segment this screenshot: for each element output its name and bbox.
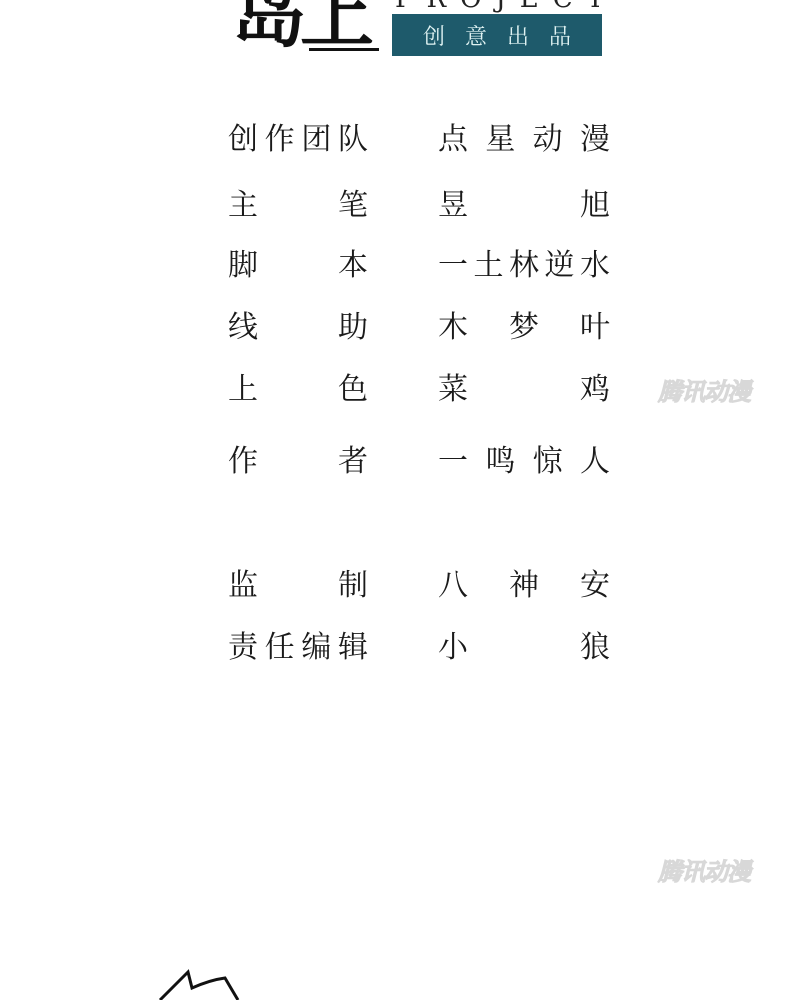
name-char: 一	[438, 442, 468, 482]
credit-name: 点星动漫	[438, 120, 610, 160]
credit-role: 监制	[228, 566, 368, 606]
name-char: 安	[580, 566, 610, 606]
credit-role: 上色	[228, 370, 368, 410]
role-char: 创	[228, 120, 258, 160]
name-char: 旭	[580, 186, 610, 226]
credit-row: 作者 一鸣惊人	[228, 442, 618, 482]
role-char: 上	[228, 370, 258, 410]
name-char: 梦	[509, 308, 539, 348]
credit-role: 脚本	[228, 246, 368, 286]
role-char: 队	[338, 120, 368, 160]
role-char: 脚	[228, 246, 258, 286]
credit-name: 小狼	[438, 628, 610, 668]
credit-name: 昱旭	[438, 186, 610, 226]
watermark: 腾讯动漫	[658, 852, 750, 887]
credit-name: 一鸣惊人	[438, 442, 610, 482]
role-char: 者	[338, 442, 368, 482]
role-char: 作	[265, 120, 295, 160]
logo-text: 岛上	[232, 0, 368, 52]
name-char: 动	[533, 120, 563, 160]
name-char: 水	[580, 246, 610, 286]
name-char: 鸡	[580, 370, 610, 410]
role-char: 责	[228, 628, 258, 668]
role-char: 本	[338, 246, 368, 286]
name-char: 木	[438, 308, 468, 348]
credit-name: 木梦叶	[438, 308, 610, 348]
role-char: 任	[265, 628, 295, 668]
credit-row: 上色 菜鸡	[228, 370, 618, 410]
role-char: 团	[301, 120, 331, 160]
name-char: 点	[438, 120, 468, 160]
project-text: PROJECT	[395, 0, 618, 12]
credit-name: 一土林逆水	[438, 246, 610, 286]
banner-text: 创意出品	[403, 20, 591, 51]
credit-row: 主笔 昱旭	[228, 186, 618, 226]
credit-row: 线助 木梦叶	[228, 308, 618, 348]
name-char: 逆	[545, 246, 575, 286]
role-char: 作	[228, 442, 258, 482]
role-char: 制	[338, 566, 368, 606]
credit-role: 创作团队	[228, 120, 368, 160]
creative-banner: 创意出品	[392, 14, 602, 56]
name-char: 八	[438, 566, 468, 606]
role-char: 线	[228, 308, 258, 348]
role-char: 主	[228, 186, 258, 226]
credit-row: 创作团队 点星动漫	[228, 120, 618, 160]
role-char: 助	[338, 308, 368, 348]
role-char: 编	[301, 628, 331, 668]
sketch-drawing	[150, 960, 350, 1000]
credit-role: 主笔	[228, 186, 368, 226]
name-char: 叶	[580, 308, 610, 348]
role-char: 笔	[338, 186, 368, 226]
credit-row: 责任编辑 小狼	[228, 628, 618, 668]
name-char: 昱	[438, 186, 468, 226]
credit-name: 菜鸡	[438, 370, 610, 410]
role-char: 监	[228, 566, 258, 606]
credit-row: 监制 八神安	[228, 566, 618, 606]
credit-role: 线助	[228, 308, 368, 348]
name-char: 漫	[580, 120, 610, 160]
logo-underline	[309, 48, 379, 51]
name-char: 土	[474, 246, 504, 286]
role-char: 辑	[338, 628, 368, 668]
credit-name: 八神安	[438, 566, 610, 606]
watermark: 腾讯动漫	[658, 372, 750, 407]
name-char: 小	[438, 628, 468, 668]
name-char: 狼	[580, 628, 610, 668]
name-char: 星	[485, 120, 515, 160]
name-char: 神	[509, 566, 539, 606]
name-char: 林	[509, 246, 539, 286]
name-char: 菜	[438, 370, 468, 410]
name-char: 鸣	[485, 442, 515, 482]
name-char: 惊	[533, 442, 563, 482]
credit-role: 作者	[228, 442, 368, 482]
name-char: 人	[580, 442, 610, 482]
credit-role: 责任编辑	[228, 628, 368, 668]
name-char: 一	[438, 246, 468, 286]
credit-row: 脚本 一土林逆水	[228, 246, 618, 286]
role-char: 色	[338, 370, 368, 410]
